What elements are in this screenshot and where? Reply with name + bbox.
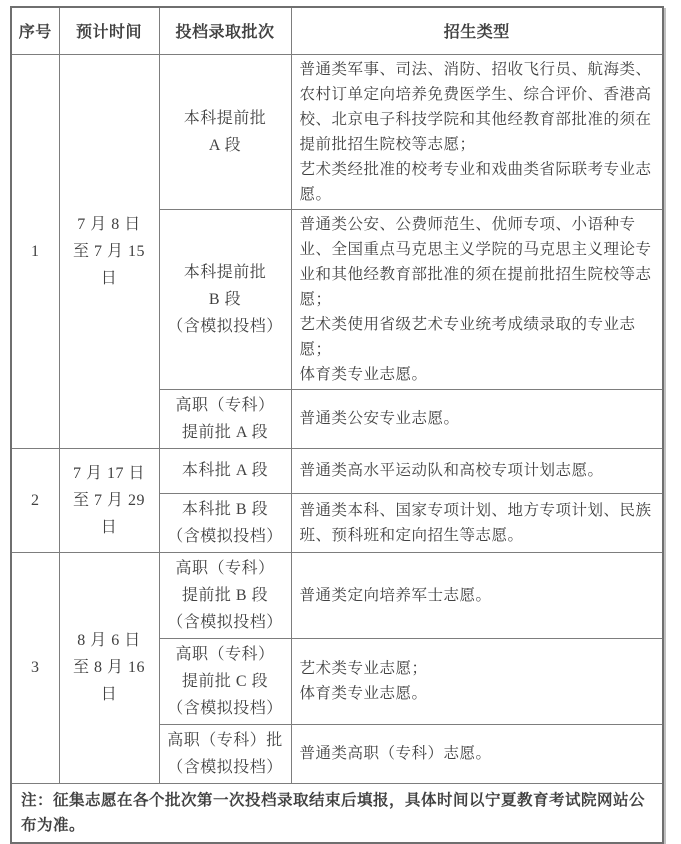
header-row: 序号 预计时间 投档录取批次 招生类型 [11, 7, 663, 54]
seq-cell-group-1: 1 [11, 54, 59, 448]
type-cell-1-2: 普通类公安、公费师范生、优师专项、小语种专业、全国重点马克思主义学院的马克思主义… [291, 209, 663, 389]
type-cell-3-1: 普通类定向培养军士志愿。 [291, 552, 663, 638]
note-row: 注：征集志愿在各个批次第一次投档录取结束后填报，具体时间以宁夏教育考试院网站公布… [11, 783, 663, 843]
batch-cell-2-1: 本科批 A 段 [159, 448, 291, 493]
time-cell-group-1: 7 月 8 日 至 7 月 15 日 [59, 54, 159, 448]
header-seq: 序号 [11, 7, 59, 54]
header-time: 预计时间 [59, 7, 159, 54]
type-cell-3-2: 艺术类专业志愿； 体育类专业志愿。 [291, 638, 663, 724]
batch-cell-2-2: 本科批 B 段 （含模拟投档） [159, 493, 291, 552]
seq-cell-group-2: 2 [11, 448, 59, 552]
type-cell-1-1: 普通类军事、司法、消防、招收飞行员、航海类、农村订单定向培养免费医学生、综合评价… [291, 54, 663, 209]
time-cell-group-3: 8 月 6 日 至 8 月 16 日 [59, 552, 159, 783]
table-row: 1 7 月 8 日 至 7 月 15 日 本科提前批 A 段 普通类军事、司法、… [11, 54, 663, 209]
batch-cell-3-2: 高职（专科） 提前批 C 段 （含模拟投档） [159, 638, 291, 724]
batch-cell-1-2: 本科提前批 B 段 （含模拟投档） [159, 209, 291, 389]
admission-schedule-table: 序号 预计时间 投档录取批次 招生类型 1 7 月 8 日 至 7 月 15 日… [10, 6, 664, 844]
type-cell-2-2: 普通类本科、国家专项计划、地方专项计划、民族班、预科班和定向招生等志愿。 [291, 493, 663, 552]
batch-cell-3-1: 高职（专科） 提前批 B 段 （含模拟投档） [159, 552, 291, 638]
batch-cell-3-3: 高职（专科）批 （含模拟投档） [159, 724, 291, 783]
type-cell-1-3: 普通类公安专业志愿。 [291, 389, 663, 448]
batch-cell-1-1: 本科提前批 A 段 [159, 54, 291, 209]
batch-cell-1-3: 高职（专科） 提前批 A 段 [159, 389, 291, 448]
time-cell-group-2: 7 月 17 日 至 7 月 29 日 [59, 448, 159, 552]
table-row: 2 7 月 17 日 至 7 月 29 日 本科批 A 段 普通类高水平运动队和… [11, 448, 663, 493]
header-type: 招生类型 [291, 7, 663, 54]
header-batch: 投档录取批次 [159, 7, 291, 54]
table-note: 注：征集志愿在各个批次第一次投档录取结束后填报，具体时间以宁夏教育考试院网站公布… [11, 783, 663, 843]
type-cell-2-1: 普通类高水平运动队和高校专项计划志愿。 [291, 448, 663, 493]
type-cell-3-3: 普通类高职（专科）志愿。 [291, 724, 663, 783]
seq-cell-group-3: 3 [11, 552, 59, 783]
table-row: 3 8 月 6 日 至 8 月 16 日 高职（专科） 提前批 B 段 （含模拟… [11, 552, 663, 638]
